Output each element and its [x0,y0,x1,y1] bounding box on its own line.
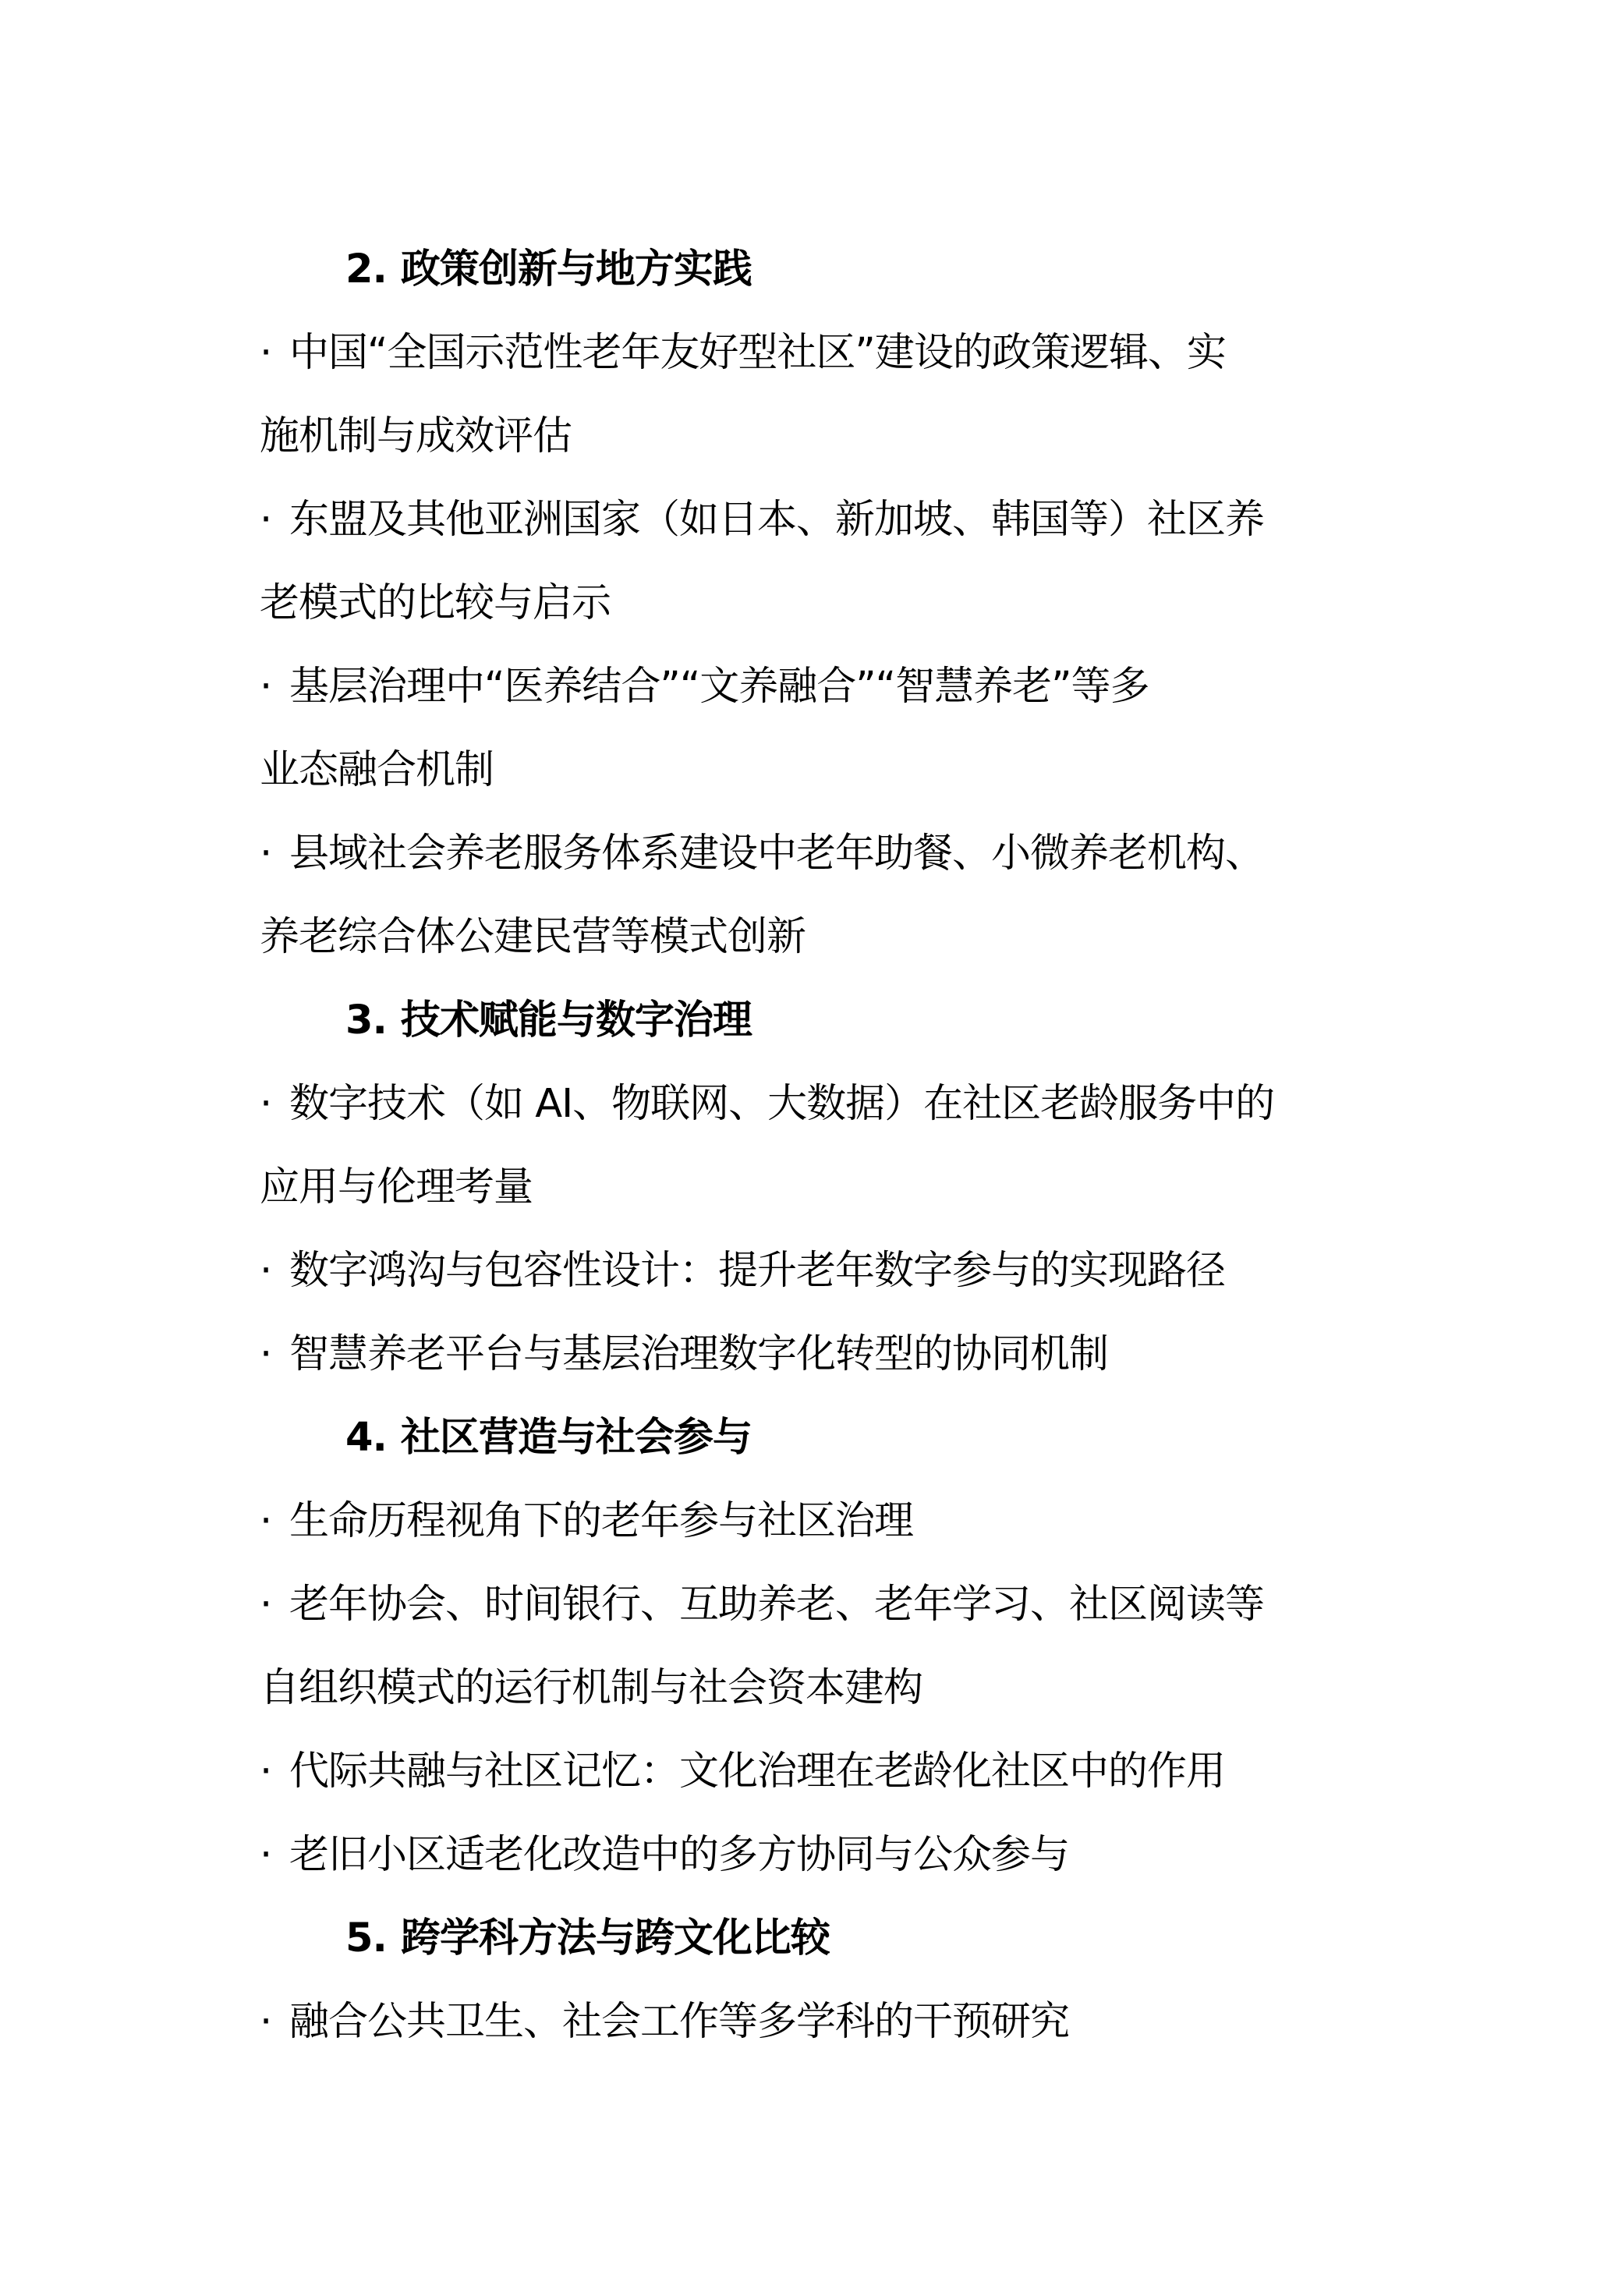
bullet-icon: · [260,311,289,395]
section-heading: 3.技术赋能与数字治理 [260,979,1367,1062]
document-content: 2.政策创新与地方实践 ·中国“全国示范性老年友好型社区”建设的政策逻辑、实 施… [260,228,1367,2064]
list-item-continuation: 老模式的比较与启示 [260,562,1367,645]
list-item: ·东盟及其他亚洲国家（如日本、新加坡、韩国等）社区养 [260,478,1367,562]
list-item-continuation: 业态融合机制 [260,728,1367,812]
section-number: 3. [345,997,387,1043]
list-item-text: 生命历程视角下的老年参与社区治理 [289,1498,913,1544]
list-item: ·融合公共卫生、社会工作等多学科的干预研究 [260,1980,1367,2064]
bullet-icon: · [260,1730,289,1813]
bullet-icon: · [260,1229,289,1313]
list-item-text: 老年协会、时间银行、互助养老、老年学习、社区阅读等 [289,1582,1264,1628]
list-item-text: 东盟及其他亚洲国家（如日本、新加坡、韩国等）社区养 [289,497,1264,543]
list-item-text: 数字技术（如 AI、物联网、大数据）在社区老龄服务中的 [289,1081,1274,1127]
section-title: 政策创新与地方实践 [401,246,752,292]
list-item-text: 中国“全国示范性老年友好型社区”建设的政策逻辑、实 [289,330,1226,376]
bullet-icon: · [260,1062,289,1146]
section-heading: 5.跨学科方法与跨文化比较 [260,1897,1367,1980]
list-item-text: 县域社会养老服务体系建设中老年助餐、小微养老机构、 [289,831,1264,877]
list-item: ·代际共融与社区记忆：文化治理在老龄化社区中的作用 [260,1730,1367,1813]
bullet-icon: · [260,812,289,895]
list-item-text: 代际共融与社区记忆：文化治理在老龄化社区中的作用 [289,1749,1225,1795]
document-page: 2.政策创新与地方实践 ·中国“全国示范性老年友好型社区”建设的政策逻辑、实 施… [0,0,1597,2296]
bullet-icon: · [260,478,289,562]
list-item: ·数字技术（如 AI、物联网、大数据）在社区老龄服务中的 [260,1062,1367,1146]
list-item: ·老年协会、时间银行、互助养老、老年学习、社区阅读等 [260,1563,1367,1646]
section-number: 4. [345,1415,387,1461]
section-heading: 2.政策创新与地方实践 [260,228,1367,311]
list-item: ·智慧养老平台与基层治理数字化转型的协同机制 [260,1313,1367,1396]
bullet-icon: · [260,1980,289,2064]
list-item-text: 基层治理中“医养结合”“文养融合”“智慧养老”等多 [289,664,1149,710]
list-item-text: 智慧养老平台与基层治理数字化转型的协同机制 [289,1331,1108,1377]
list-item: ·生命历程视角下的老年参与社区治理 [260,1479,1367,1563]
list-item-continuation: 施机制与成效评估 [260,395,1367,478]
list-item-continuation: 应用与伦理考量 [260,1146,1367,1229]
list-item: ·老旧小区适老化改造中的多方协同与公众参与 [260,1813,1367,1897]
section-number: 5. [345,1915,387,1961]
bullet-icon: · [260,1479,289,1563]
section-title: 跨学科方法与跨文化比较 [401,1915,830,1961]
list-item-text: 融合公共卫生、社会工作等多学科的干预研究 [289,1999,1069,2045]
section-heading: 4.社区营造与社会参与 [260,1396,1367,1479]
bullet-icon: · [260,1563,289,1646]
section-title: 技术赋能与数字治理 [401,997,752,1043]
section-title: 社区营造与社会参与 [401,1415,752,1461]
bullet-icon: · [260,1313,289,1396]
list-item: ·县域社会养老服务体系建设中老年助餐、小微养老机构、 [260,812,1367,895]
bullet-icon: · [260,1813,289,1897]
list-item: ·数字鸿沟与包容性设计：提升老年数字参与的实现路径 [260,1229,1367,1313]
list-item-continuation: 养老综合体公建民营等模式创新 [260,895,1367,979]
list-item-continuation: 自组织模式的运行机制与社会资本建构 [260,1646,1367,1730]
section-number: 2. [345,246,387,292]
list-item-text: 老旧小区适老化改造中的多方协同与公众参与 [289,1832,1069,1878]
list-item: ·中国“全国示范性老年友好型社区”建设的政策逻辑、实 [260,311,1367,395]
list-item-text: 数字鸿沟与包容性设计：提升老年数字参与的实现路径 [289,1248,1225,1294]
bullet-icon: · [260,645,289,728]
list-item: ·基层治理中“医养结合”“文养融合”“智慧养老”等多 [260,645,1367,728]
